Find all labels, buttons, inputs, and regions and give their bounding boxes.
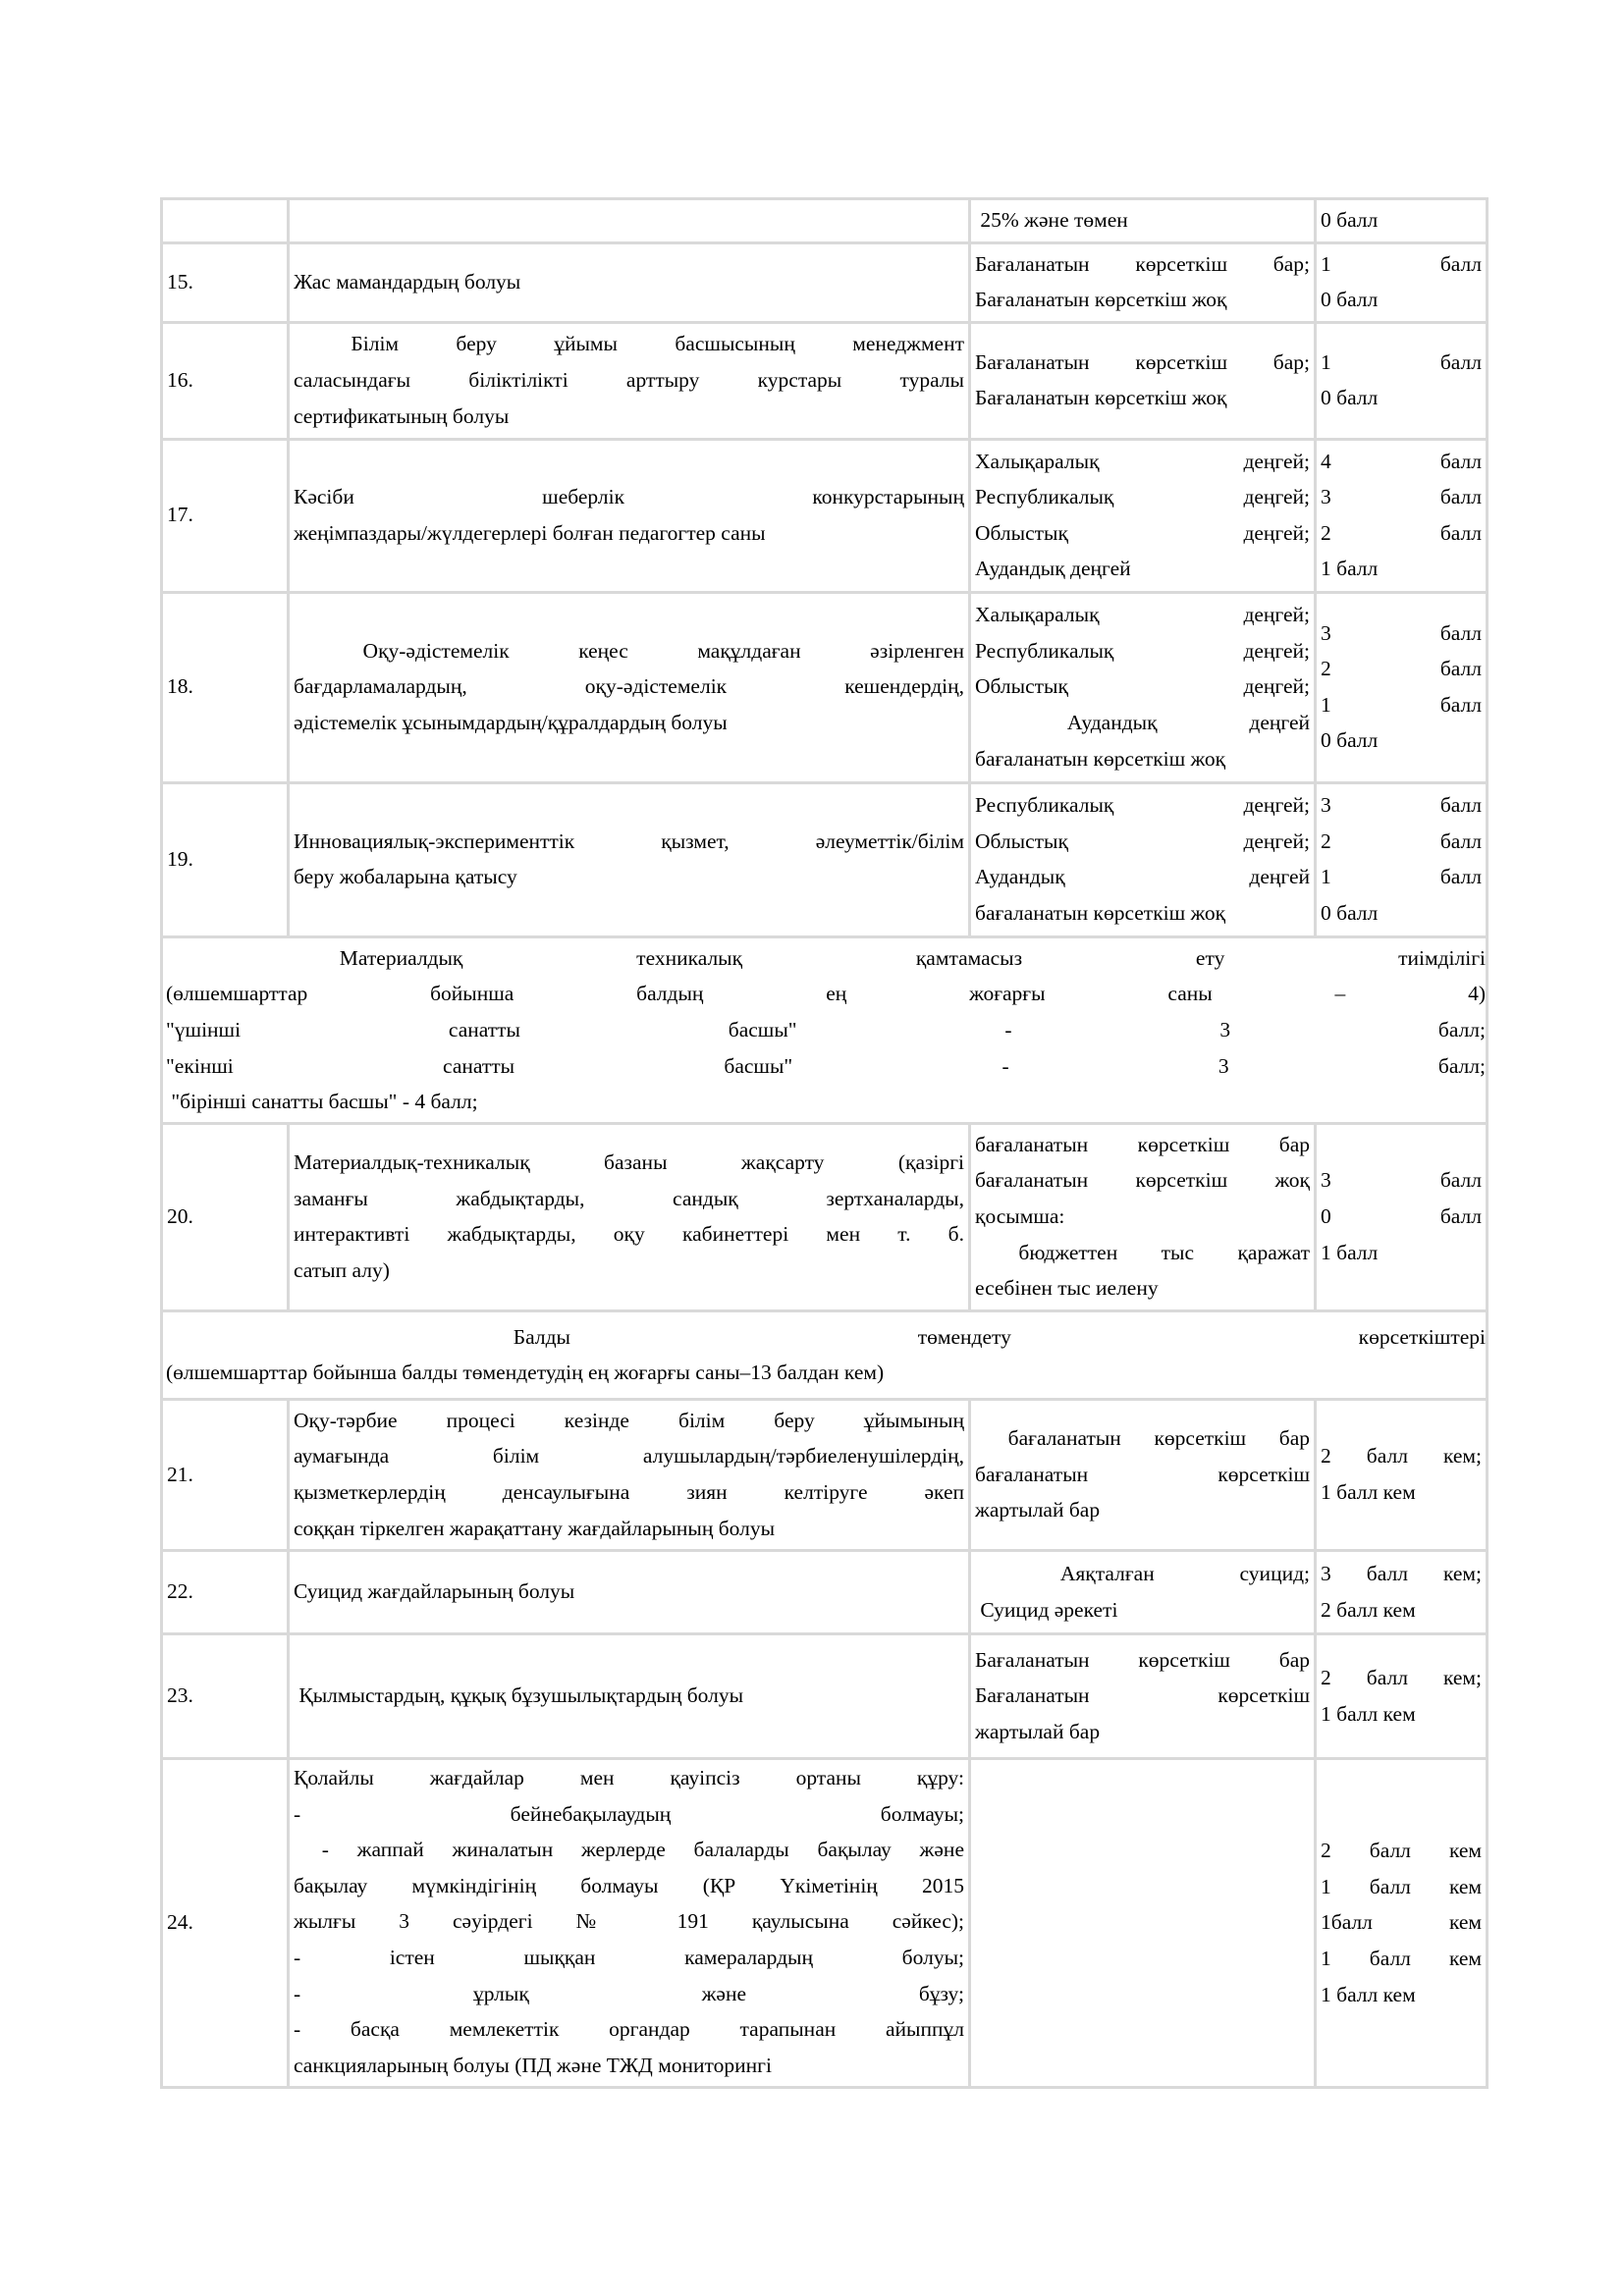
criterion-line: Кәсіби шеберлік конкурстарының	[294, 479, 964, 515]
criterion-line: Білім беру ұйымы басшысының менеджмент	[294, 326, 964, 362]
points-line: 4 балл	[1321, 444, 1482, 480]
row-number-cell: 21.	[162, 1399, 289, 1550]
points-line: 1 балл	[1321, 345, 1482, 381]
indicator-cell: бағаланатын көрсеткіш барбағаланатын көр…	[970, 1399, 1316, 1550]
points-line: 1 балл	[1321, 687, 1482, 723]
section-header-line: "бірінші санатты басшы" - 4 балл;	[166, 1084, 1486, 1120]
points-line: 1 балл кем	[1321, 1941, 1482, 1977]
section-header-line: Материалдық техникалық қамтамасыз ету ти…	[166, 940, 1486, 977]
indicator-line: Республикалық деңгей;	[975, 479, 1310, 515]
points-cell: 0 балл	[1316, 199, 1488, 243]
criterion-line: бақылау мүмкіндігінің болмауы (ҚР Үкімет…	[294, 1868, 964, 1904]
indicator-line: Бағаланатын көрсеткіш бар	[975, 1642, 1310, 1679]
indicator-cell: Бағаланатын көрсеткіш барБағаланатын көр…	[970, 1634, 1316, 1759]
criterion-cell: Инновациялық-эксперименттік қызмет, әлеу…	[289, 782, 970, 936]
criteria-row: 21.Оқу-тәрбие процесі кезінде білім беру…	[162, 1399, 1488, 1550]
points-line: 1балл кем	[1321, 1904, 1482, 1941]
indicator-line: бағаланатын көрсеткіш жоқ	[975, 895, 1310, 932]
points-line: 2 балл кем;	[1321, 1660, 1482, 1696]
criterion-line: Оқу-әдістемелік кеңес мақұлдаған әзірлен…	[294, 633, 964, 669]
criterion-cell	[289, 199, 970, 243]
indicator-line: Аудандық деңгей	[975, 705, 1310, 741]
points-line: 2 балл	[1321, 651, 1482, 687]
indicator-line: бағаланатын көрсеткіш жоқ	[975, 1162, 1310, 1199]
section-header-line: (өлшемшарттар бойынша балдың ең жоғарғы …	[166, 976, 1486, 1012]
points-line: 2 балл кем	[1321, 1592, 1482, 1629]
indicator-line: Бағаланатын көрсеткіш	[975, 1678, 1310, 1714]
indicator-line: жартылай бар	[975, 1492, 1310, 1528]
points-line: 1 балл	[1321, 1235, 1482, 1271]
points-line: 0 балл	[1321, 1199, 1482, 1235]
criterion-cell: Жас мамандардың болуы	[289, 242, 970, 322]
criterion-line: - басқа мемлекеттік органдар тарапынан а…	[294, 2011, 964, 2048]
criterion-cell: Суицид жағдайларының болуы	[289, 1551, 970, 1634]
indicator-line: жартылай бар	[975, 1714, 1310, 1750]
indicator-line: бағаланатын көрсеткіш	[975, 1457, 1310, 1493]
points-line: 3 балл кем;	[1321, 1556, 1482, 1592]
row-number-cell: 17.	[162, 439, 289, 592]
criterion-line: Қылмыстардың, құқық бұзушылықтардың болу…	[294, 1678, 964, 1714]
points-cell: 3 балл кем;2 балл кем	[1316, 1551, 1488, 1634]
points-line: 1 балл	[1321, 859, 1482, 895]
criteria-row: 18. Оқу-әдістемелік кеңес мақұлдаған әзі…	[162, 592, 1488, 782]
criterion-line: Қолайлы жағдайлар мен қауіпсіз ортаны құ…	[294, 1760, 964, 1796]
criterion-line: саласындағы біліктілікті арттыру курстар…	[294, 362, 964, 399]
indicator-line: Халықаралық деңгей;	[975, 597, 1310, 633]
criterion-cell: Оқу-тәрбие процесі кезінде білім беру ұй…	[289, 1399, 970, 1550]
row-number: 17.	[167, 503, 193, 526]
criterion-line: сатып алу)	[294, 1253, 964, 1289]
criteria-row: 23. Қылмыстардың, құқық бұзушылықтардың …	[162, 1634, 1488, 1759]
row-number: 24.	[167, 1910, 193, 1934]
indicator-line: бюджеттен тыс қаражат	[975, 1235, 1310, 1271]
criterion-line: соққан тіркелген жарақаттану жағдайларын…	[294, 1511, 964, 1547]
row-number: 19.	[167, 847, 193, 871]
points-line: 0 балл	[1321, 282, 1482, 318]
indicator-line: Облыстық деңгей;	[975, 668, 1310, 705]
points-cell: 2 балл кем;1 балл кем	[1316, 1634, 1488, 1759]
points-cell: 1 балл0 балл	[1316, 242, 1488, 322]
indicator-line: Бағаланатын көрсеткіш бар;	[975, 246, 1310, 283]
criterion-line: интерактивті жабдықтарды, оқу кабинеттер…	[294, 1216, 964, 1253]
indicator-line: Республикалық деңгей;	[975, 633, 1310, 669]
indicator-line: Бағаланатын көрсеткіш бар;	[975, 345, 1310, 381]
criterion-line: әдістемелік ұсынымдардың/құралдардың бол…	[294, 705, 964, 741]
indicator-cell	[970, 1759, 1316, 2088]
row-number: 16.	[167, 368, 193, 392]
row-number-cell: 18.	[162, 592, 289, 782]
points-cell: 3 балл2 балл1 балл0 балл	[1316, 782, 1488, 936]
criteria-row: 16. Білім беру ұйымы басшысының менеджме…	[162, 322, 1488, 439]
criterion-line: Оқу-тәрбие процесі кезінде білім беру ұй…	[294, 1403, 964, 1439]
points-line: 1 балл	[1321, 551, 1482, 587]
section-header-line: "үшінші санатты басшы" - 3 балл;	[166, 1012, 1486, 1048]
criterion-cell: Қылмыстардың, құқық бұзушылықтардың болу…	[289, 1634, 970, 1759]
row-number: 22.	[167, 1579, 193, 1603]
row-number: 23.	[167, 1683, 193, 1707]
row-number: 18.	[167, 674, 193, 698]
criterion-line: - жаппай жиналатын жерлерде балаларды ба…	[294, 1832, 964, 1868]
points-cell: 4 балл3 балл2 балл1 балл	[1316, 439, 1488, 592]
row-number-cell: 19.	[162, 782, 289, 936]
row-number-cell: 15.	[162, 242, 289, 322]
row-number: 20.	[167, 1204, 193, 1228]
criterion-cell: Білім беру ұйымы басшысының менеджментса…	[289, 322, 970, 439]
indicator-line: Аудандық деңгей	[975, 551, 1310, 587]
points-line: 3 балл	[1321, 1162, 1482, 1199]
section-header-cell: Материалдық техникалық қамтамасыз ету ти…	[162, 936, 1488, 1123]
points-line: 0 балл	[1321, 722, 1482, 759]
points-line: 3 балл	[1321, 615, 1482, 652]
points-line: 0 балл	[1321, 895, 1482, 932]
criteria-row: 15.Жас мамандардың болуыБағаланатын көрс…	[162, 242, 1488, 322]
indicator-cell: Республикалық деңгей;Облыстық деңгей;Ауд…	[970, 782, 1316, 936]
points-line: 1 балл кем	[1321, 1869, 1482, 1905]
criterion-line: сертификатының болуы	[294, 399, 964, 435]
row-number-cell: 16.	[162, 322, 289, 439]
criteria-table-body: 25% және төмен0 балл15.Жас мамандардың б…	[162, 199, 1488, 2088]
criteria-row: 22.Суицид жағдайларының болуы Аяқталған …	[162, 1551, 1488, 1634]
section-header-line: Балды төмендету көрсеткіштері	[166, 1319, 1486, 1356]
row-number: 21.	[167, 1463, 193, 1486]
indicator-line: Бағаланатын көрсеткіш жоқ	[975, 380, 1310, 416]
criterion-line: бағдарламалардың, оқу-әдістемелік кешенд…	[294, 668, 964, 705]
criterion-line: заманғы жабдықтарды, сандық зертханалард…	[294, 1181, 964, 1217]
criterion-line: беру жобаларына қатысу	[294, 859, 964, 895]
criterion-line: санкцияларының болуы (ПД және ТЖД монито…	[294, 2048, 964, 2084]
criteria-row: 17.Кәсіби шеберлік конкурстарыныңжеңімпа…	[162, 439, 1488, 592]
indicator-cell: 25% және төмен	[970, 199, 1316, 243]
row-number: 15.	[167, 270, 193, 294]
criterion-line: Инновациялық-эксперименттік қызмет, әлеу…	[294, 824, 964, 860]
indicator-line: Аудандық деңгей	[975, 859, 1310, 895]
criteria-table: 25% және төмен0 балл15.Жас мамандардың б…	[160, 197, 1489, 2089]
criterion-line: Жас мамандардың болуы	[294, 264, 964, 300]
points-line: 1 балл кем	[1321, 1977, 1482, 2013]
indicator-line: бағаланатын көрсеткіш жоқ	[975, 741, 1310, 777]
criterion-line: аумағында білім алушылардың/тәрбиеленуші…	[294, 1438, 964, 1474]
points-line: 1 балл кем	[1321, 1696, 1482, 1733]
points-cell: 1 балл0 балл	[1316, 322, 1488, 439]
points-cell: 3 балл0 балл1 балл	[1316, 1123, 1488, 1310]
points-line: 3 балл	[1321, 787, 1482, 824]
points-line: 0 балл	[1321, 380, 1482, 416]
indicator-line: Халықаралық деңгей;	[975, 444, 1310, 480]
points-line: 1 балл кем	[1321, 1474, 1482, 1511]
criterion-cell: Материалдық-техникалық базаны жақсарту (…	[289, 1123, 970, 1310]
criteria-row: 25% және төмен0 балл	[162, 199, 1488, 243]
criterion-line: - бейнебақылаудың болмауы;	[294, 1796, 964, 1833]
row-number-cell	[162, 199, 289, 243]
criterion-line: Материалдық-техникалық базаны жақсарту (…	[294, 1145, 964, 1181]
section-header-line: "екінші санатты басшы" - 3 балл;	[166, 1048, 1486, 1085]
indicator-cell: Аяқталған суицид; Суицид әрекеті	[970, 1551, 1316, 1634]
points-line: 3 балл	[1321, 479, 1482, 515]
points-cell: 2 балл кем;1 балл кем	[1316, 1399, 1488, 1550]
criterion-line: жеңімпаздары/жүлдегерлері болған педагог…	[294, 515, 964, 552]
indicator-line: Облыстық деңгей;	[975, 515, 1310, 552]
indicator-line: есебінен тыс иелену	[975, 1270, 1310, 1307]
indicator-line: Бағаланатын көрсеткіш жоқ	[975, 282, 1310, 318]
indicator-line: Республикалық деңгей;	[975, 787, 1310, 824]
points-cell: 3 балл2 балл1 балл0 балл	[1316, 592, 1488, 782]
indicator-cell: Бағаланатын көрсеткіш бар;Бағаланатын кө…	[970, 242, 1316, 322]
row-number-cell: 23.	[162, 1634, 289, 1759]
points-line: 2 балл	[1321, 515, 1482, 552]
section-header-row: Балды төмендету көрсеткіштері(өлшемшартт…	[162, 1310, 1488, 1399]
criterion-line: жылғы 3 сәуірдегі № 191 қаулысына сәйкес…	[294, 1903, 964, 1940]
indicator-line: Облыстық деңгей;	[975, 824, 1310, 860]
points-line: 2 балл	[1321, 824, 1482, 860]
points-line: 0 балл	[1321, 202, 1482, 239]
indicator-line: қосымша:	[975, 1199, 1310, 1235]
row-number-cell: 22.	[162, 1551, 289, 1634]
document-page: 25% және төмен0 балл15.Жас мамандардың б…	[0, 0, 1624, 2296]
criterion-line: Суицид жағдайларының болуы	[294, 1574, 964, 1610]
indicator-cell: Бағаланатын көрсеткіш бар;Бағаланатын кө…	[970, 322, 1316, 439]
criteria-row: 19.Инновациялық-эксперименттік қызмет, ә…	[162, 782, 1488, 936]
indicator-cell: бағаланатын көрсеткіш барбағаланатын көр…	[970, 1123, 1316, 1310]
section-header-cell: Балды төмендету көрсеткіштері(өлшемшартт…	[162, 1310, 1488, 1399]
indicator-line: бағаланатын көрсеткіш бар	[975, 1420, 1310, 1457]
indicator-line: Суицид әрекеті	[975, 1592, 1310, 1629]
indicator-line: Аяқталған суицид;	[975, 1556, 1310, 1592]
criterion-line: - істен шыққан камералардың болуы;	[294, 1940, 964, 1976]
points-line: 2 балл кем	[1321, 1833, 1482, 1869]
criterion-line: қызметкерлердің денсаулығына зиян келтір…	[294, 1474, 964, 1511]
criterion-cell: Кәсіби шеберлік конкурстарыныңжеңімпазда…	[289, 439, 970, 592]
criteria-row: 20.Материалдық-техникалық базаны жақсарт…	[162, 1123, 1488, 1310]
points-line: 1 балл	[1321, 246, 1482, 283]
criterion-line: - ұрлық және бұзу;	[294, 1976, 964, 2012]
section-header-line: (өлшемшарттар бойынша балды төмендетудің…	[166, 1355, 1486, 1391]
indicator-cell: Халықаралық деңгей;Республикалық деңгей;…	[970, 592, 1316, 782]
criteria-row: 24.Қолайлы жағдайлар мен қауіпсіз ортаны…	[162, 1759, 1488, 2088]
indicator-line: бағаланатын көрсеткіш бар	[975, 1127, 1310, 1163]
row-number-cell: 24.	[162, 1759, 289, 2088]
criterion-cell: Қолайлы жағдайлар мен қауіпсіз ортаны құ…	[289, 1759, 970, 2088]
indicator-line: 25% және төмен	[975, 202, 1310, 239]
section-header-row: Материалдық техникалық қамтамасыз ету ти…	[162, 936, 1488, 1123]
row-number-cell: 20.	[162, 1123, 289, 1310]
points-cell: 2 балл кем1 балл кем1балл кем1 балл кем1…	[1316, 1759, 1488, 2088]
points-line: 2 балл кем;	[1321, 1438, 1482, 1474]
indicator-cell: Халықаралық деңгей;Республикалық деңгей;…	[970, 439, 1316, 592]
criterion-cell: Оқу-әдістемелік кеңес мақұлдаған әзірлен…	[289, 592, 970, 782]
